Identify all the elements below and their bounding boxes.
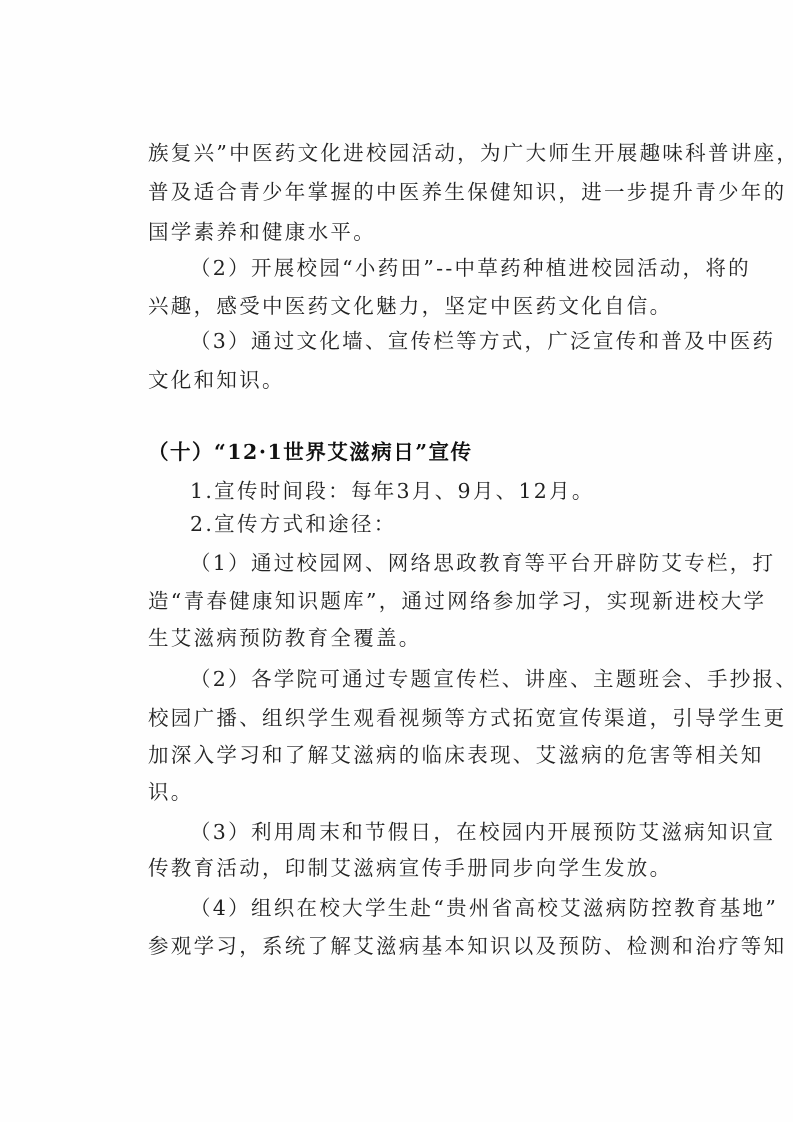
paragraph-line: （3）通过文化墙、宣传栏等方式，广泛宣传和普及中医药 (190, 328, 696, 354)
paragraph-line: 校园广播、组织学生观看视频等方式拓宽宣传渠道，引导学生更 (148, 705, 696, 731)
paragraph-line: （3）利用周末和节假日，在校园内开展预防艾滋病知识宣 (190, 819, 696, 845)
list-item: 2.宣传方式和途径： (190, 511, 696, 537)
paragraph-line: 识。 (148, 779, 696, 805)
paragraph-line: 参观学习，系统了解艾滋病基本知识以及预防、检测和治疗等知 (148, 933, 696, 959)
paragraph-line: 兴趣，感受中医药文化魅力，坚定中医药文化自信。 (148, 293, 696, 319)
section-heading: （十）“12·1世界艾滋病日”宣传 (148, 439, 473, 465)
paragraph-line: （1）通过校园网、网络思政教育等平台开辟防艾专栏，打 (190, 550, 696, 576)
paragraph-line: 传教育活动，印制艾滋病宣传手册同步向学生发放。 (148, 855, 696, 881)
document-page: 族复兴”中医药文化进校园活动，为广大师生开展趣味科普讲座， 普及适合青少年掌握的… (0, 0, 793, 1122)
paragraph-line: 造“青春健康知识题库”，通过网络参加学习，实现新进校大学 (148, 588, 696, 614)
paragraph-line: 加深入学习和了解艾滋病的临床表现、艾滋病的危害等相关知 (148, 742, 696, 768)
paragraph-line: （2）开展校园“小药田”--中草药种植进校园活动，将的 (190, 255, 696, 281)
paragraph-line: 普及适合青少年掌握的中医养生保健知识，进一步提升青少年的 (148, 179, 696, 205)
paragraph-line: （2）各学院可通过专题宣传栏、讲座、主题班会、手抄报、 (190, 666, 696, 692)
list-item: 1.宣传时间段：每年3月、9月、12月。 (190, 478, 696, 504)
paragraph-line: （4）组织在校大学生赴“贵州省高校艾滋病防控教育基地” (190, 895, 696, 921)
paragraph-line: 生艾滋病预防教育全覆盖。 (148, 625, 696, 651)
paragraph-line: 文化和知识。 (148, 367, 696, 393)
paragraph-line: 族复兴”中医药文化进校园活动，为广大师生开展趣味科普讲座， (148, 140, 696, 166)
paragraph-line: 国学素养和健康水平。 (148, 219, 696, 245)
